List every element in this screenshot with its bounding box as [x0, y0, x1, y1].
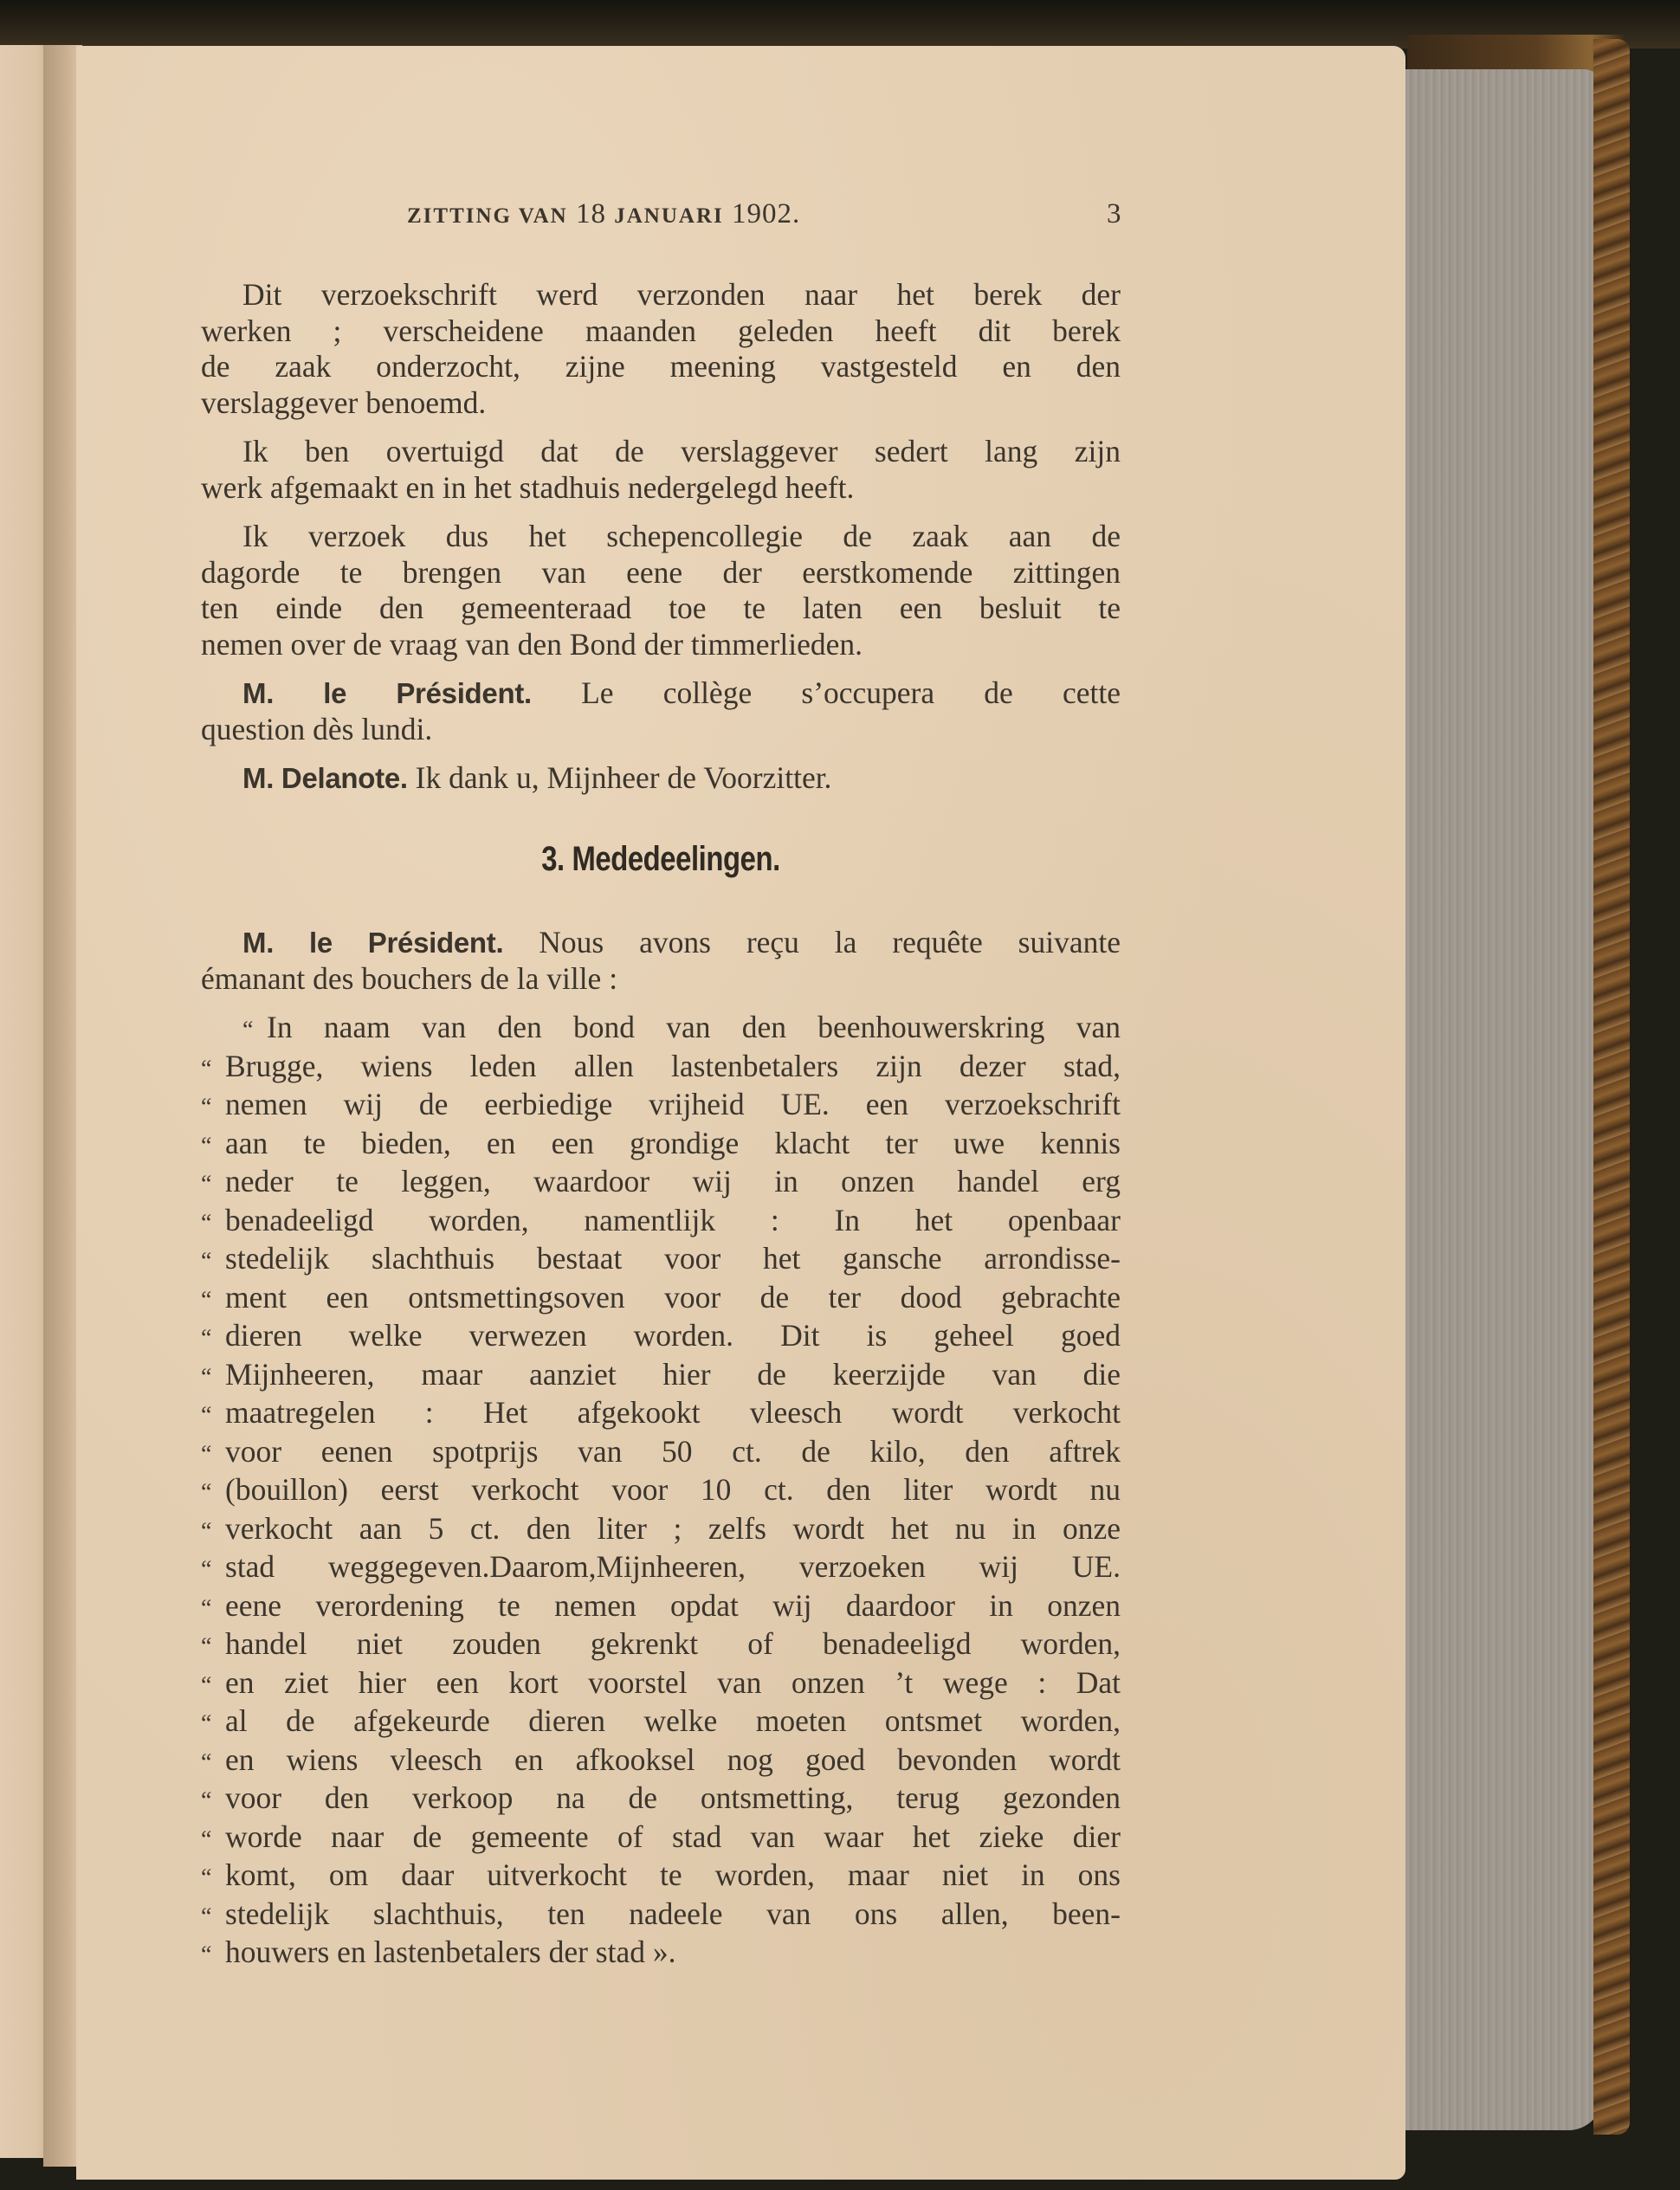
paragraph: Dit verzoekschrift werd verzonden naar h… [201, 277, 1121, 421]
text-line: werken ; verscheidene maanden geleden he… [201, 313, 1121, 350]
quote-mark: “ [201, 1166, 218, 1203]
quote-line: “voor eenen spotprijs van 50 ct. de kilo… [201, 1434, 1121, 1473]
speaker-name: M. le Président. [242, 677, 532, 709]
text-line: de zaak onderzocht, zijne meening vastge… [201, 349, 1121, 385]
text-line: Dit verzoekschrift werd verzonden naar h… [201, 277, 1121, 313]
quote-line: “(bouillon) eerst verkocht voor 10 ct. d… [201, 1472, 1121, 1511]
paragraph: Ik ben overtuigd dat de verslaggever sed… [201, 434, 1121, 506]
quote-mark: “ [201, 1591, 218, 1627]
quote-line: “Mijnheeren, maar aanziet hier de keerzi… [201, 1357, 1121, 1396]
text-line: question dès lundi. [201, 712, 1121, 748]
quote-mark: “ [201, 1282, 218, 1319]
speaker-name: M. le Président. [242, 927, 503, 959]
quote-line: “al de afgekeurde dieren welke moeten on… [201, 1703, 1121, 1742]
text-line: Ik ben overtuigd dat de verslaggever sed… [201, 434, 1121, 470]
text-line: émanant des bouchers de la ville : [201, 961, 1121, 998]
page-block-edge [1405, 69, 1603, 2130]
speech-text: Ik dank u, Mijnheer de Voorzitter. [416, 760, 832, 795]
text-line: Ik verzoek dus het schepencollegie de za… [201, 519, 1121, 555]
quote-line: “houwers en lastenbetalers der stad ». [201, 1935, 1121, 1974]
speaker-name: M. Delanote. [242, 762, 408, 794]
speech-text: Nous avons reçu la requête suivante [539, 925, 1121, 959]
quote-line: “nemen wij de eerbiedige vrijheid UE. ee… [201, 1087, 1121, 1126]
quote-mark: “ [201, 1706, 218, 1742]
quote-mark: “ [201, 1514, 218, 1550]
quote-mark: “ [201, 1860, 218, 1896]
section-number: 3. [541, 840, 565, 878]
quote-mark: “ [201, 1205, 218, 1242]
text-line: ten einde den gemeenteraad toe te laten … [201, 591, 1121, 627]
quote-mark: “ [201, 1822, 218, 1858]
section-title-text: Mededeelingen. [572, 840, 779, 878]
quote-mark: “ [201, 1437, 218, 1473]
quote-mark: “ [201, 1552, 218, 1588]
quote-mark: “ [201, 1051, 218, 1088]
quote-mark: “ [201, 1321, 218, 1357]
quote-mark: “ [201, 1089, 218, 1126]
quote-line: “voor den verkoop na de ontsmetting, ter… [201, 1780, 1121, 1819]
body-text: Dit verzoekschrift werd verzonden naar h… [201, 277, 1121, 1987]
quote-line: “handel niet zouden gekrenkt of benadeel… [201, 1626, 1121, 1665]
quote-mark: “ [201, 1244, 218, 1280]
quote-line: “en wiens vleesch en afkooksel nog goed … [201, 1742, 1121, 1781]
quote-mark: “ [201, 1899, 218, 1935]
quote-mark: “ [201, 1360, 218, 1396]
text-line: M. le Président. Le collège s’occupera d… [201, 675, 1121, 712]
quote-line: “stedelijk slachthuis, ten nadeele van o… [201, 1896, 1121, 1935]
running-head-prefix: ZITTING VAN [407, 204, 568, 228]
running-head: ZITTING VAN 18 JANUARI 1902. [407, 198, 800, 230]
quote-line: “worde naar de gemeente of stad van waar… [201, 1819, 1121, 1858]
book-cover-top [1407, 35, 1624, 73]
quote-line: “benadeeligd worden, namentlijk : In het… [201, 1203, 1121, 1242]
text-line: M. le Président. Nous avons reçu la requ… [201, 925, 1121, 961]
quote-line: “ment een ontsmettingsoven voor de ter d… [201, 1280, 1121, 1319]
quote-line: “stedelijk slachthuis bestaat voor het g… [201, 1241, 1121, 1280]
running-head-year: 1902. [732, 198, 800, 229]
quote-line: “maatregelen : Het afgekookt vleesch wor… [201, 1395, 1121, 1434]
quote-line: “stad weggegeven.Daarom,Mijnheeren, verz… [201, 1549, 1121, 1588]
text-line: dagorde te brengen van eene der eerstkom… [201, 555, 1121, 591]
text-line: M. Delanote. Ik dank u, Mijnheer de Voor… [201, 760, 1121, 797]
text-line: nemen over de vraag van den Bond der tim… [201, 627, 1121, 663]
quote-mark: “ [201, 1128, 218, 1165]
quote-mark: “ [201, 1629, 218, 1665]
quote-mark: “ [201, 1668, 218, 1704]
quote-mark: “ [201, 1783, 218, 1819]
quote-line: “Brugge, wiens leden allen lastenbetaler… [201, 1049, 1121, 1088]
running-head-day: 18 [576, 198, 606, 229]
page-number: 3 [1107, 198, 1121, 230]
quote-line: “In naam van den bond van den beenhouwer… [201, 1010, 1121, 1049]
section-heading: 3. Mededeelingen. [284, 842, 1038, 878]
quote-line: “eene verordening te nemen opdat wij daa… [201, 1588, 1121, 1627]
quote-mark: “ [201, 1475, 218, 1511]
quote-line: “dieren welke verwezen worden. Dit is ge… [201, 1318, 1121, 1357]
speaker-paragraph: M. Delanote. Ik dank u, Mijnheer de Voor… [201, 760, 1121, 797]
quote-mark: “ [242, 1012, 260, 1049]
quote-mark: “ [201, 1398, 218, 1434]
speech-text: Le collège s’occupera de cette [581, 675, 1121, 710]
text-line: werk afgemaakt en in het stadhuis nederg… [201, 470, 1121, 507]
closing-quote-mark: ». [653, 1935, 676, 1969]
quote-line: “aan te bieden, en een grondige klacht t… [201, 1126, 1121, 1165]
quote-mark: “ [201, 1745, 218, 1781]
quoted-petition: “In naam van den bond van den beenhouwer… [201, 1010, 1121, 1974]
running-head-month: JANUARI [614, 204, 724, 228]
text-line: verslaggever benoemd. [201, 385, 1121, 422]
book-cover-edge [1593, 39, 1630, 2135]
quote-line: “komt, om daar uitverkocht te worden, ma… [201, 1857, 1121, 1896]
speaker-paragraph: M. le Président. Nous avons reçu la requ… [201, 925, 1121, 997]
speaker-paragraph: M. le Président. Le collège s’occupera d… [201, 675, 1121, 747]
paragraph: Ik verzoek dus het schepencollegie de za… [201, 519, 1121, 662]
quote-line: “en ziet hier een kort voorstel van onze… [201, 1665, 1121, 1704]
quote-mark: “ [201, 1937, 218, 1974]
quote-line: “neder te leggen, waardoor wij in onzen … [201, 1164, 1121, 1203]
quote-line: “verkocht aan 5 ct. den liter ; zelfs wo… [201, 1511, 1121, 1550]
